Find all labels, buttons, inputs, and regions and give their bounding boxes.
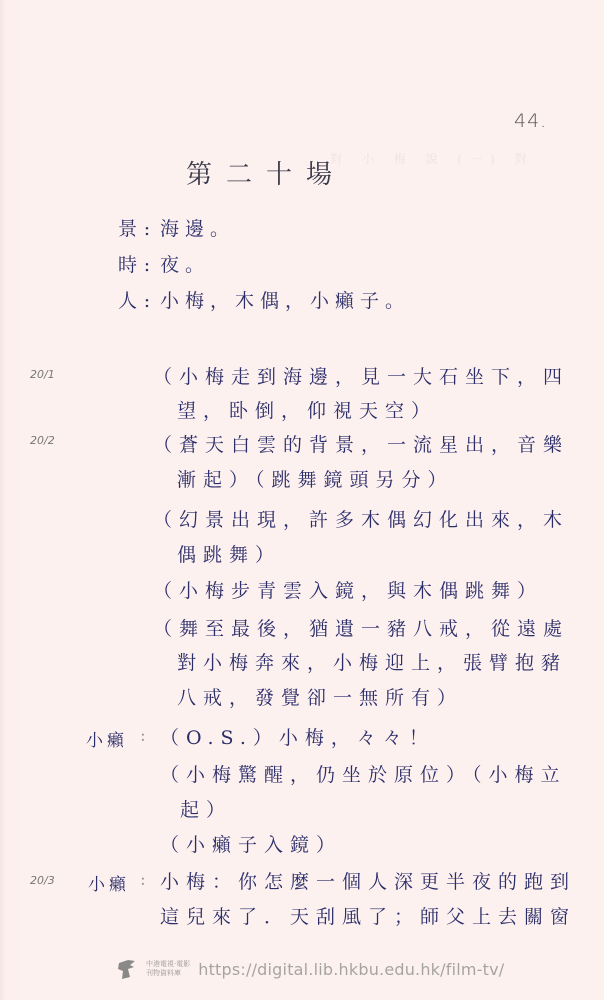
setting-separator: : [140,290,160,312]
setting-separator: : [140,218,160,240]
speaker-separator: : [140,726,150,746]
dialogue-line: （O.S.）小梅，々々！ [160,723,435,750]
stage-direction-line: 偶跳舞） [177,540,281,567]
stage-direction-line: （幻景出現，許多木偶幻化出來，木 [153,505,569,532]
archive-name: 中港電視·電影 刊物資料庫 [146,960,190,978]
setting-time: 時:夜。 [118,250,210,277]
setting-time-key: 時 [118,250,140,277]
archive-watermark: 中港電視·電影 刊物資料庫 https://digital.lib.hkbu.e… [116,952,504,986]
archive-logo-icon [116,957,138,981]
stage-direction-line: 八戒，發覺卻一無所有） [177,683,463,710]
speaker-name: 小癩 [88,870,130,895]
scene-title: 第二十場 [186,154,346,191]
setting-characters-value: 小梅，木偶，小癩子。 [160,290,410,312]
setting-characters-key: 人 [118,286,140,313]
setting-characters: 人:小梅，木偶，小癩子。 [118,286,410,313]
page-number: 44. [514,110,547,132]
stage-direction-line: （舞至最後，猶遺一豬八戒，從遠處 [153,614,569,641]
setting-place-value: 海邊。 [160,218,235,240]
dialogue-line: 小梅：你怎麼一個人深更半夜的跑到 [160,867,576,894]
setting-place-key: 景 [118,214,140,241]
stage-direction-line: 漸起）（跳舞鏡頭另分） [177,465,454,492]
stage-direction-line: 起） [180,795,232,822]
shot-number: 20/3 [30,874,55,887]
stage-direction-line: （小癩子入鏡） [160,830,342,857]
shot-number: 20/1 [30,368,55,381]
setting-separator: : [140,254,160,276]
archive-name-line2: 刊物資料庫 [146,969,190,978]
setting-time-value: 夜。 [160,254,210,276]
stage-direction-line: （蒼天白雲的背景，一流星出，音樂 [153,430,569,457]
script-page: 對 小 梅 說 (一) 對 44. 第二十場 景:海邊。 時:夜。 人:小梅，木… [0,0,604,1000]
shot-number: 20/2 [30,434,55,447]
stage-direction-line: 對小梅奔來，小梅迎上，張臂抱豬 [177,648,567,675]
stage-direction-line: 望，卧倒，仰視天空） [177,396,437,423]
speaker-separator: : [140,870,150,890]
stage-direction-line: （小梅步青雲入鏡，與木偶跳舞） [153,576,543,603]
archive-name-line1: 中港電視·電影 [146,960,190,969]
stage-direction-line: （小梅驚醒，仍坐於原位）（小梅立 [160,760,567,787]
dialogue-line: 這兒來了．天刮風了；師父上去關窗 [160,902,576,929]
archive-url-link[interactable]: https://digital.lib.hkbu.edu.hk/film-tv/ [198,960,504,979]
speaker-name: 小癩 [86,726,128,751]
stage-direction-line: （小梅走到海邊，見一大石坐下，四 [153,362,569,389]
bleed-through-text: 對 小 梅 說 (一) 對 [330,150,534,167]
setting-place: 景:海邊。 [118,214,235,241]
